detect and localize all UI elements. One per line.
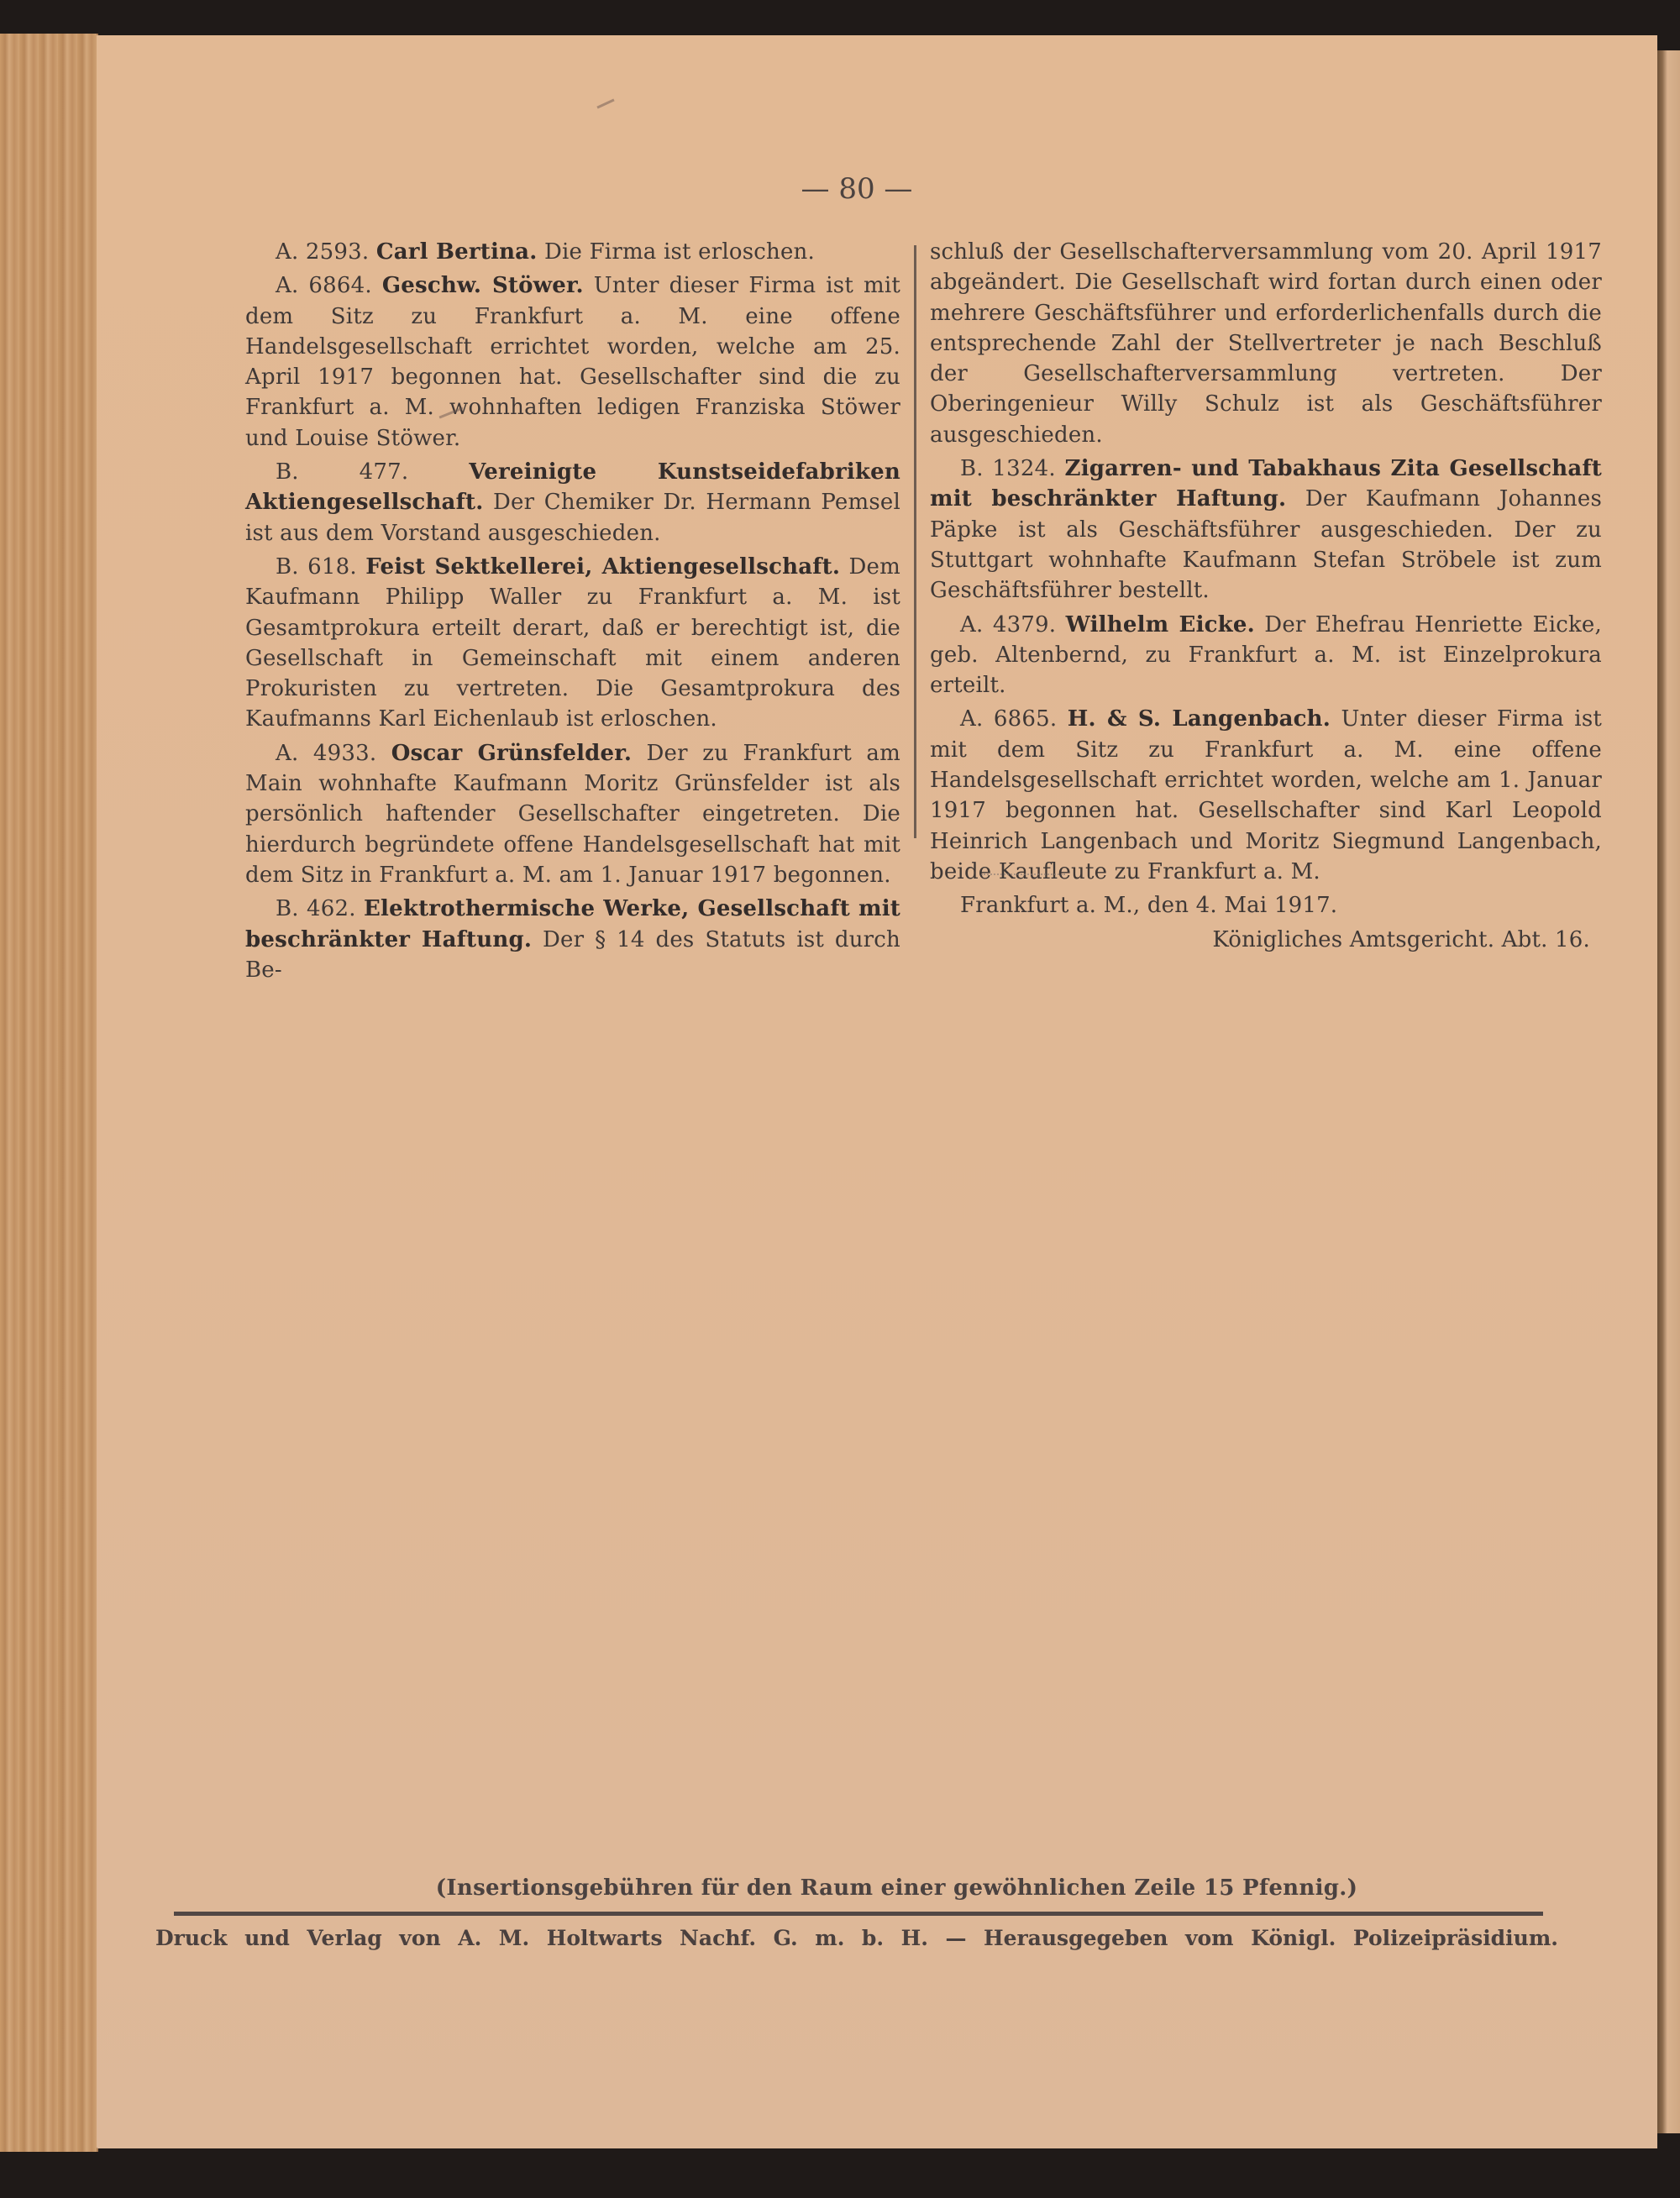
page-stack-edge [0, 34, 98, 2152]
register-number: B. 462. [276, 896, 356, 921]
firm-name: Geschw. Stöwer. [382, 273, 584, 298]
register-number: A. 6865. [960, 706, 1057, 732]
register-number: A. 4933. [276, 741, 376, 766]
register-entry: A. 4379. Wilhelm Eicke. Der Ehefrau Henr… [930, 610, 1602, 701]
register-number: A. 6864. [276, 273, 372, 298]
publisher-imprint: Druck und Verlag von A. M. Holtwarts Nac… [155, 1926, 1558, 1950]
entry-text: Die Firma ist erloschen. [544, 239, 815, 265]
firm-name: Feist Sektkellerei, Aktiengesellschaft. [365, 554, 840, 580]
register-number: B. 1324. [960, 456, 1056, 481]
register-entry: A. 2593. Carl Bertina. Die Firma ist erl… [245, 237, 900, 267]
firm-name: Oscar Grünsfelder. [391, 741, 632, 766]
insertion-fee-note: (Insertionsgebühren für den Raum einer g… [0, 1875, 1680, 1901]
register-entry: B. 477. Vereinigte Kunstseidefabriken Ak… [245, 457, 900, 548]
register-entry: A. 4933. Oscar Grünsfelder. Der zu Frank… [245, 738, 900, 890]
left-column: A. 2593. Carl Bertina. Die Firma ist erl… [245, 237, 900, 985]
register-number: B. 618. [276, 554, 357, 580]
register-entry: B. 1324. Zigarren- und Tabakhaus Zita Ge… [930, 454, 1602, 606]
entry-text: Unter dieser Firma ist mit dem Sitz zu F… [245, 273, 900, 450]
register-number: A. 2593. [276, 239, 369, 265]
register-entry: A. 6864. Geschw. Stöwer. Unter dieser Fi… [245, 270, 900, 454]
entry-text: Dem Kaufmann Philipp Waller zu Frankfurt… [245, 554, 900, 732]
place-date: Frankfurt a. M., den 4. Mai 1917. [930, 890, 1602, 921]
column-divider [914, 245, 916, 838]
entry-text: Unter dieser Firma ist mit dem Sitz zu F… [930, 706, 1602, 884]
page-number: — 80 — [0, 172, 1680, 206]
entry-text: schluß der Gesellschafterversammlung vom… [930, 239, 1602, 448]
firm-name: Carl Bertina. [376, 239, 538, 265]
register-number: B. 477. [276, 459, 408, 485]
court-signature: Königliches Amtsgericht. Abt. 16. [930, 925, 1602, 955]
register-entry: B. 462. Elektrothermische Werke, Gesells… [245, 894, 900, 985]
dotted-separator [981, 873, 1065, 877]
register-entry: A. 6865. H. & S. Langenbach. Unter diese… [930, 704, 1602, 887]
right-column: schluß der Gesellschafterversammlung vom… [930, 237, 1602, 955]
footer-rule [174, 1912, 1543, 1916]
firm-name: H. & S. Langenbach. [1068, 706, 1331, 732]
register-entry: B. 618. Feist Sektkellerei, Aktiengesell… [245, 552, 900, 735]
firm-name: Wilhelm Eicke. [1066, 612, 1255, 637]
continuation-text: schluß der Gesellschafterversammlung vom… [930, 237, 1602, 450]
register-number: A. 4379. [960, 612, 1056, 637]
binding-gutter [1657, 50, 1680, 2133]
